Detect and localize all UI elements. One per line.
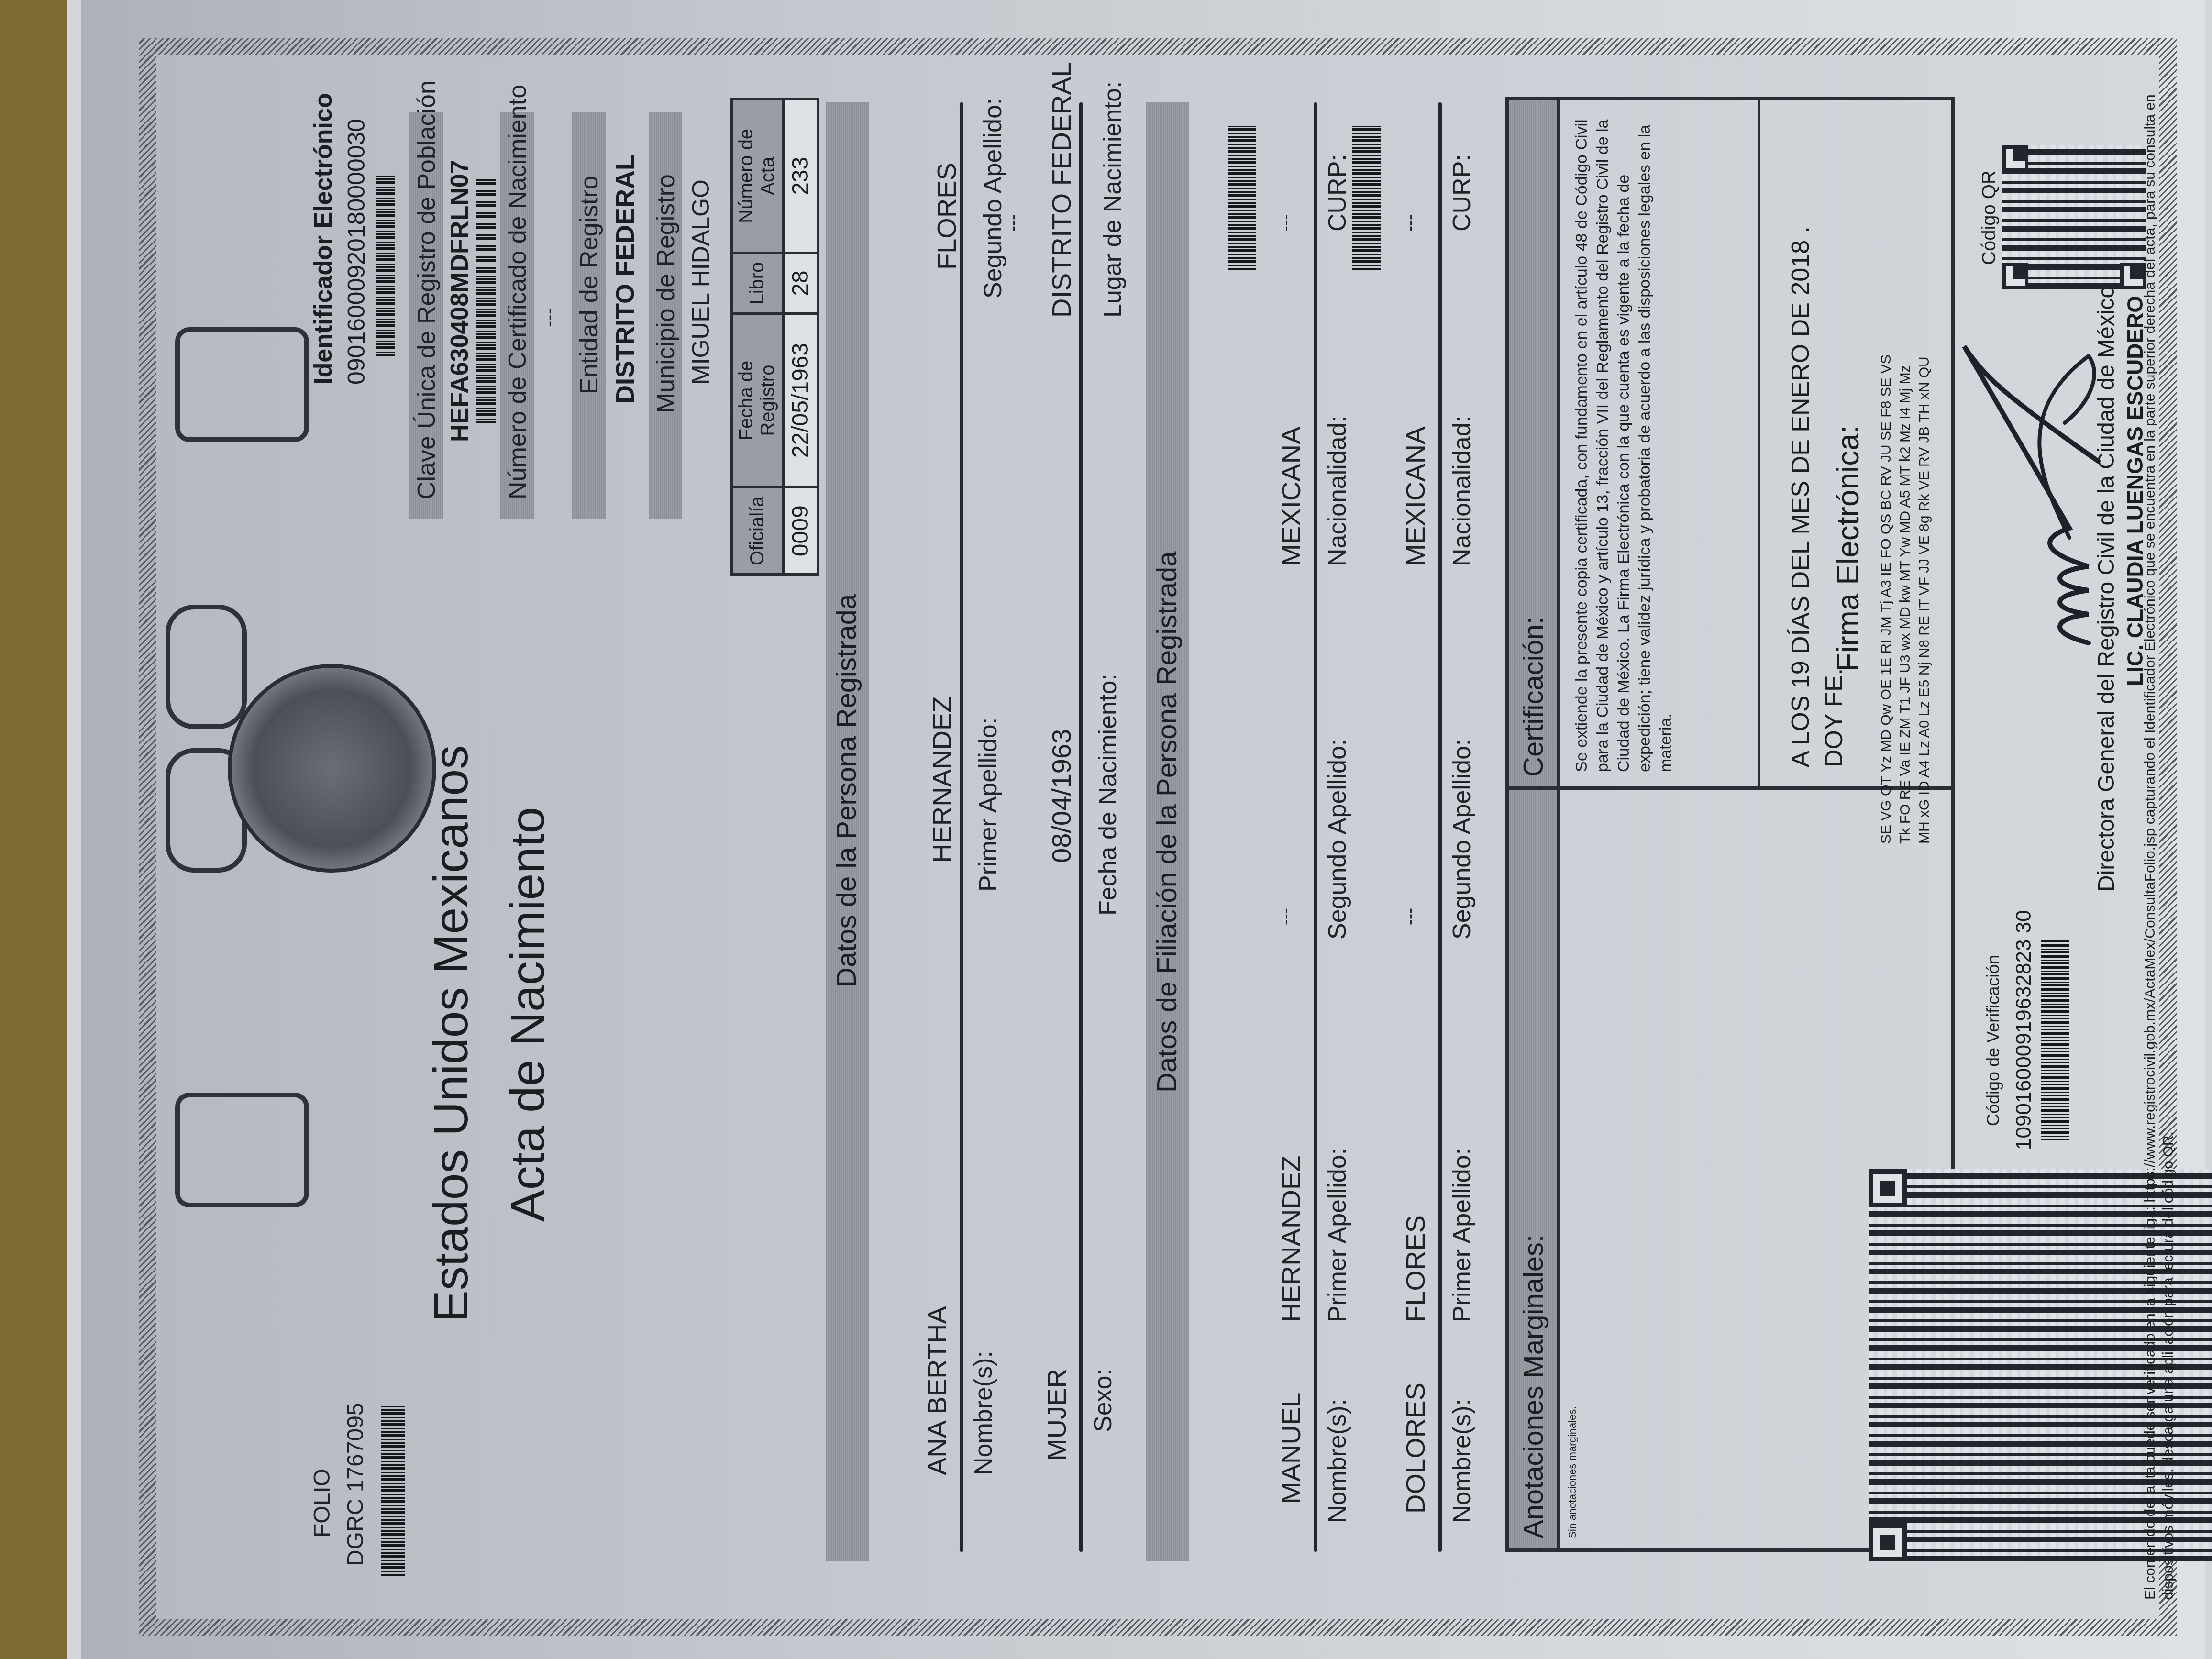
- handwritten-signature-icon: [1945, 327, 2108, 662]
- padre-segundo-apellido-value: ---: [1275, 908, 1295, 925]
- certificacion-title: Certificación:: [1517, 617, 1549, 777]
- padre-curp-barcode: [1228, 126, 1256, 270]
- padre-curp-label: CURP:: [1323, 154, 1352, 232]
- certificado-value: ---: [539, 308, 560, 327]
- identificador-value: 09016000920180000030: [343, 119, 370, 385]
- madre-segundo-apellido-value: ---: [1400, 908, 1420, 925]
- madre-nacionalidad-label: Nacionalidad:: [1448, 416, 1476, 566]
- anotaciones-text: Sin anotaciones marginales.: [1566, 1406, 1579, 1538]
- madre-nombre-value: DOLORES: [1400, 1382, 1431, 1514]
- madre-primer-apellido-value: FLORES: [1400, 1215, 1431, 1322]
- table-cell: 0009: [783, 487, 818, 575]
- primer-apellido-label: Primer Apellido:: [974, 718, 1003, 892]
- segundo-dash: ---: [1003, 214, 1023, 232]
- table-cell: 22/05/1963: [783, 314, 818, 487]
- padre-segundo-apellido-label: Segundo Apellido:: [1323, 739, 1352, 940]
- qr-finder-icon: [2002, 263, 2028, 289]
- verificacion-value: 109016000919632823 30: [2012, 910, 2036, 1150]
- padre-curp-value: ---: [1275, 214, 1295, 232]
- folio-barcode: [381, 1404, 405, 1576]
- identificador-barcode: [376, 174, 395, 356]
- madre-curp-barcode: [1352, 126, 1381, 270]
- certificado-label: Número de Certificado de Nacimiento: [503, 85, 532, 499]
- divider: [1314, 102, 1317, 1552]
- madre-curp-label: CURP:: [1448, 154, 1476, 232]
- table-cell: 233: [783, 99, 818, 253]
- madre-primer-apellido-label: Primer Apellido:: [1448, 1148, 1476, 1322]
- firma-code-line: SE VG QT Yz MD Qw OE 1E RI JM Tj A3 IE F…: [1878, 354, 1894, 844]
- country-title: Estados Unidos Mexicanos: [424, 745, 479, 1322]
- national-seal-icon: [228, 664, 436, 873]
- verificacion-barcode: [2041, 940, 2069, 1140]
- certificacion-text: Se extiende la presente copia certificad…: [1571, 112, 1676, 772]
- birth-certificate: FOLIO DGRC 1767095 Identificador Electró…: [139, 38, 2177, 1636]
- table-cell: 28: [783, 253, 818, 314]
- qr-label: Código QR: [1979, 170, 2000, 265]
- fecha-nacimiento-label: Fecha de Nacimiento:: [1094, 674, 1122, 916]
- curp-barcode: [476, 174, 496, 423]
- folio-value: DGRC 1767095: [343, 1403, 369, 1566]
- registro-table: Oficialía Fecha de Registro Libro Número…: [730, 98, 819, 576]
- padre-primer-apellido-value: HERNANDEZ: [1275, 1156, 1306, 1322]
- entidad-label: Entidad de Registro: [575, 176, 604, 394]
- lugar-nacimiento-label: Lugar de Nacimiento:: [1098, 81, 1127, 318]
- firma-code-line: Tk FO RE Va IE ZM T1 JF U3 wx MD kw MT Y…: [1897, 365, 1913, 844]
- certificacion-doy-fe: DOY FE.: [1820, 668, 1848, 767]
- qr-finder-icon: [1869, 1523, 1907, 1561]
- firma-title: Firma Electrónica:: [1830, 425, 1866, 672]
- divider: [960, 102, 963, 1552]
- primer-apellido-value: HERNANDEZ: [926, 697, 957, 863]
- ornament-icon: [175, 327, 309, 442]
- qr-code-small: [2002, 145, 2146, 289]
- padre-nombre-label: Nombre(s):: [1323, 1399, 1352, 1523]
- identificador-label: Identificador Electrónico: [309, 93, 338, 385]
- document-title: Acta de Nacimiento: [500, 807, 555, 1222]
- madre-curp-value: ---: [1400, 214, 1420, 232]
- divider: [1079, 102, 1083, 1552]
- qr-finder-icon: [1869, 1169, 1907, 1207]
- ornament-icon: [166, 605, 247, 729]
- sexo-value: MUJER: [1041, 1369, 1072, 1461]
- verification-footer: El contenido del acta puede ser verifica…: [2141, 69, 2178, 1600]
- padre-primer-apellido-label: Primer Apellido:: [1323, 1148, 1352, 1322]
- municipio-label: Municipio de Registro: [652, 174, 680, 413]
- table-header: Fecha de Registro: [731, 314, 783, 487]
- folio-label: FOLIO: [309, 1469, 335, 1537]
- ornament-icon: [175, 1093, 309, 1207]
- persona-section-title: Datos de la Persona Registrada: [830, 594, 863, 987]
- curp-label: Clave Única de Registro de Población: [412, 80, 441, 499]
- madre-segundo-apellido-label: Segundo Apellido:: [1448, 739, 1476, 940]
- madre-nacionalidad-value: MEXICANA: [1400, 427, 1431, 567]
- padre-nacionalidad-label: Nacionalidad:: [1323, 416, 1352, 566]
- fecha-nacimiento-value: 08/04/1963: [1046, 729, 1077, 863]
- nombre-label: Nombre(s):: [969, 1351, 998, 1475]
- certificacion-fecha: A LOS 19 DÍAS DEL MES DE ENERO DE 2018 .: [1786, 226, 1815, 767]
- lugar-nacimiento-value: DISTRITO FEDERAL: [1046, 62, 1077, 318]
- verificacion-label: Código de Verificación: [1983, 955, 2003, 1126]
- entidad-value: DISTRITO FEDERAL: [610, 155, 640, 404]
- sexo-label: Sexo:: [1089, 1369, 1117, 1432]
- filiacion-section-title: Datos de Filiación de la Persona Registr…: [1151, 551, 1183, 1093]
- document-body: FOLIO DGRC 1767095 Identificador Electró…: [156, 55, 2159, 1619]
- firma-cargo: Directora General del Registro Civil de …: [2093, 286, 2120, 892]
- padre-nombre-value: MANUEL: [1275, 1393, 1306, 1504]
- table-header: Número de Acta: [731, 99, 783, 253]
- certificacion-divider: [1758, 100, 1760, 786]
- curp-value: HEFA630408MDFRLN07: [445, 160, 474, 442]
- table-header: Oficialía: [731, 487, 783, 575]
- padre-nacionalidad-value: MEXICANA: [1275, 427, 1306, 567]
- segundo-apellido-value: FLORES: [931, 163, 962, 270]
- qr-finder-icon: [2002, 145, 2028, 171]
- nombre-value: ANA BERTHA: [921, 1306, 952, 1475]
- divider: [1438, 102, 1442, 1552]
- madre-nombre-label: Nombre(s):: [1448, 1399, 1476, 1523]
- table-header: Libro: [731, 253, 783, 314]
- municipio-value: MIGUEL HIDALGO: [687, 179, 715, 385]
- firma-code-line: MH xG ID A4 Lz A0 Lz E5 Nj N8 RE IT VF J…: [1916, 356, 1933, 844]
- anotaciones-title: Anotaciones Marginales:: [1517, 1235, 1549, 1538]
- segundo-apellido-label: Segundo Apellido:: [979, 98, 1007, 299]
